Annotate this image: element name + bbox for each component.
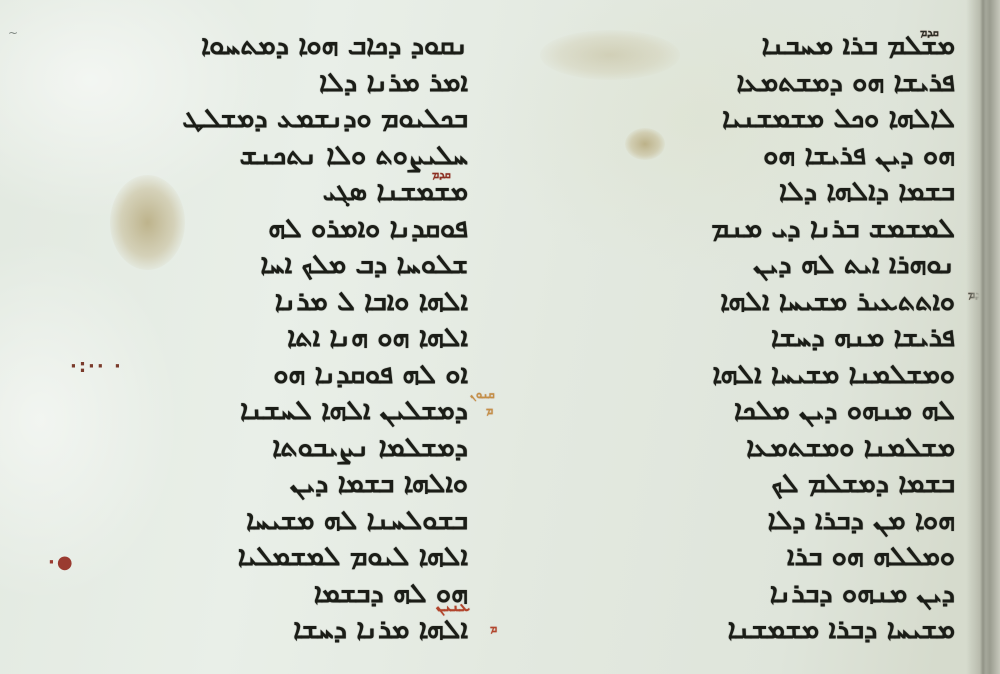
corner-smudge: ~	[8, 26, 18, 40]
text-line: ܕܝܢ ܡܢܗܘ ܕܒܪܢܐ	[560, 576, 955, 613]
text-line: ܒܫܡܐ ܕܡܫܠܡ ܠܟ	[560, 466, 955, 503]
text-line: ܡܫܠܡ ܒܪܐ ܡܚܒܢܐ	[560, 28, 955, 65]
page-edge-shadow	[980, 0, 986, 674]
text-line: ܐܠܗܐ ܘܐܒܐ ܠ ܡܪܢܐ	[48, 284, 468, 321]
text-line: ܘܡܫܠܡܢܐ ܡܫܝܚܐ ܐܠܗܐ	[560, 357, 955, 394]
text-line: ܕܡܫܠܝܢ ܐܠܗܐ ܠܚܫܢܐ	[48, 393, 468, 430]
left-text-column: ܢܩܘܕ ܕܟܐܒ ܗܘܐ ܕܡܬܚܘܐ ܐܡܪ ܡܪܢܐ ܕܠܐ ܒܟܠܝܘܡ…	[48, 28, 468, 649]
text-line: ܦܪܝܫܐ ܡܢܗ ܕܚܫܐ	[560, 320, 955, 357]
text-line: ܗܘ ܠܗ ܕܒܫܡܐ	[48, 576, 468, 613]
dot-markers-left: ·:·· ·	[70, 356, 123, 377]
text-line: ܗܘ ܕܝܢ ܦܪܝܫܐ ܗܘ	[560, 138, 955, 175]
text-line: ܒܫܡܐ ܕܐܠܗܐ ܕܠܐ	[560, 174, 955, 211]
text-line: ܐܠܗܐ ܗܘ ܗܢܐ ܐܬܐ	[48, 320, 468, 357]
rubric-red-bottom-sub: ܡ	[490, 622, 497, 636]
text-line: ܐܡܪ ܡܪܢܐ ܕܠܐ	[48, 65, 468, 102]
text-line: ܡܫܝܚܐ ܕܒܪܐ ܡܫܡܫܢܐ	[560, 612, 955, 649]
rubric-red-top: ܩܕܡ	[432, 168, 451, 182]
rubric-ochre-mid: ܩܢܘܢ	[470, 388, 495, 402]
parchment-page: ܢܩܘܕ ܕܟܐܒ ܗܘܐ ܕܡܬܚܘܐ ܐܡܪ ܡܪܢܐ ܕܠܐ ܒܟܠܝܘܡ…	[0, 0, 1000, 674]
text-line: ܦܘܩܕܢܐ ܘܐܡܪܘ ܠܗ	[48, 211, 468, 248]
text-line: ܚܠܝܨܘܬ ܘܠܐ ܢܬܟܢܫ	[48, 138, 468, 175]
text-line: ܐܠܗܐ ܠܝܘܡ ܠܡܫܡܠܝܐ	[48, 539, 468, 576]
right-margin-note-top: ܩܕܡ	[920, 26, 939, 40]
text-line: ܢܘܗܪܐ ܐܝܬ ܠܗ ܕܝܢ	[560, 247, 955, 284]
text-line: ܒܫܘܠܚܢܐ ܠܗ ܡܫܝܚܐ	[48, 503, 468, 540]
text-line: ܠܗ ܡܢܗܘ ܕܝܢ ܡܠܟܐ	[560, 393, 955, 430]
right-text-column: ܡܫܠܡ ܒܪܐ ܡܚܒܢܐ ܦܪܝܫܐ ܗܘ ܕܡܫܬܡܥܐ ܠܐܠܗܐ ܘܟ…	[560, 28, 955, 649]
text-line: ܢܩܘܕ ܕܟܐܒ ܗܘܐ ܕܡܬܚܘܐ	[48, 28, 468, 65]
text-line: ܘܐܬܬܥܝܪ ܡܫܝܚܐ ܐܠܗܐ	[560, 284, 955, 321]
text-line: ܠܡܫܡܫ ܒܪܢܐ ܕܝ ܡܢܡ	[560, 211, 955, 248]
text-line: ܘܐܠܗܐ ܒܫܡܐ ܕܝܢ	[48, 466, 468, 503]
dot-markers-red: ·●	[48, 552, 75, 573]
text-line: ܡܫܡܫܢܐ ܣܓܝ	[48, 174, 468, 211]
rubric-ochre-mid-sub: ܡ	[486, 404, 493, 418]
text-line: ܒܟܠܝܘܡ ܘܕܢܫܡܥ ܕܡܫܠܛ	[48, 101, 468, 138]
text-line: ܡܫܠܡܢܐ ܘܡܫܬܡܥܐ	[560, 430, 955, 467]
text-line: ܫܠܘܚܐ ܕܒ ܡܠܟ ܐܚܐ	[48, 247, 468, 284]
text-line: ܐܠܗܐ ܡܪܢܐ ܕܚܫܐ	[48, 612, 468, 649]
rubric-red-bottom: ܥܢܝܢ	[436, 596, 470, 616]
text-line: ܦܪܝܫܐ ܗܘ ܕܡܫܬܡܥܐ	[560, 65, 955, 102]
text-line: ܗܘܐ ܡܢ ܕܒܪܐ ܕܠܐ	[560, 503, 955, 540]
text-line: ܕܡܫܠܡܐ ܢܨܝܒܘܬܐ	[48, 430, 468, 467]
text-line: ܠܐܠܗܐ ܘܟܠ ܡܫܡܫܢܝܐ	[560, 101, 955, 138]
text-line: ܘܡܠܠܗ ܗܘ ܒܪܐ	[560, 539, 955, 576]
